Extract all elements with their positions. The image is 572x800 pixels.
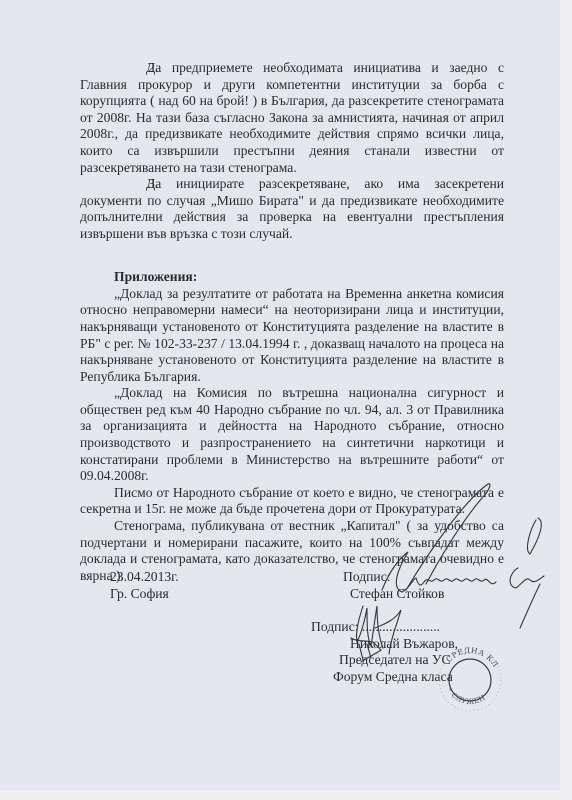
item-number: 2. (114, 60, 146, 77)
attachment-2: „Доклад на Комисия по вътрешна националн… (80, 385, 504, 485)
request-item-3: 3.Да инициирате разсекретяване, ако има … (80, 176, 504, 242)
attachment-1: „Доклад за резултатите от работата на Вр… (80, 286, 504, 386)
document-date: 23.04.2013г. (110, 569, 179, 586)
svg-text:* СЛУЖЕН: * СЛУЖЕН (445, 687, 487, 706)
signatory-org-2: Форум Средна класа (333, 669, 453, 686)
item-text: Да предприемете необходимата инициатива … (80, 60, 504, 175)
document-city: Гр. София (110, 586, 169, 603)
scan-edge-right (560, 0, 572, 800)
attachments-heading: Приложения: (80, 269, 504, 286)
stamp-bottom-text: * СЛУЖЕН (445, 687, 487, 706)
item-number: 3. (114, 176, 146, 193)
stamp-top-text: СРЕДНА КЛ (444, 647, 500, 669)
request-item-2: 2.Да предприемете необходимата инициатив… (80, 60, 504, 176)
organization-stamp: СРЕДНА КЛ * СЛУЖЕН (437, 647, 503, 713)
svg-text:СРЕДНА КЛ: СРЕДНА КЛ (444, 647, 500, 669)
scan-edge-bottom (0, 790, 572, 800)
handwritten-signature-2 (345, 598, 415, 670)
